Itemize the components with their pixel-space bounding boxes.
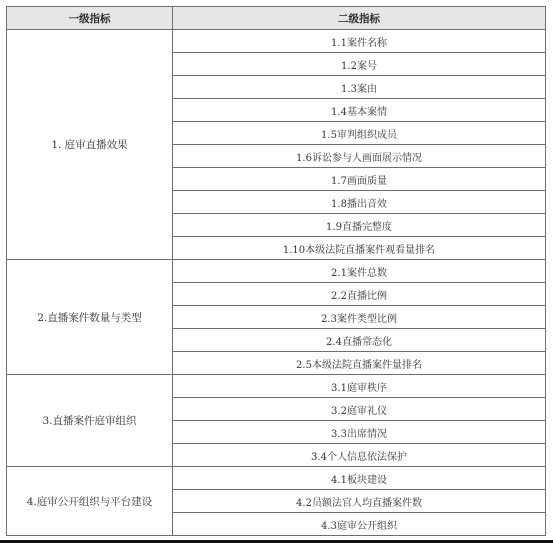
header-level-1: 一级指标: [7, 7, 173, 30]
item-cell: 1.1案件名称: [173, 30, 546, 53]
item-cell: 4.1板块建设: [173, 467, 546, 490]
item-cell: 3.3出席情况: [173, 421, 546, 444]
group-3-label: 3.直播案件庭审组织: [7, 375, 173, 467]
item-cell: 2.2直播比例: [173, 283, 546, 306]
item-cell: 1.3案由: [173, 76, 546, 99]
bottom-divider: [0, 540, 553, 543]
item-cell: 4.2员额法官人均直播案件数: [173, 490, 546, 513]
item-cell: 1.2案号: [173, 53, 546, 76]
table-row: 3.直播案件庭审组织 3.1庭审秩序: [7, 375, 546, 398]
group-1-label: 1. 庭审直播效果: [7, 30, 173, 260]
item-cell: 2.1案件总数: [173, 260, 546, 283]
item-cell: 4.3庭审公开组织: [173, 513, 546, 536]
header-level-2: 二级指标: [173, 7, 546, 30]
item-cell: 1.6诉讼参与人画面展示情况: [173, 145, 546, 168]
item-cell: 1.8播出音效: [173, 191, 546, 214]
table-header-row: 一级指标 二级指标: [7, 7, 546, 30]
item-cell: 2.3案件类型比例: [173, 306, 546, 329]
table-row: 2.直播案件数量与类型 2.1案件总数: [7, 260, 546, 283]
group-4-label: 4.庭审公开组织与平台建设: [7, 467, 173, 536]
item-cell: 3.2庭审礼仪: [173, 398, 546, 421]
table-row: 1. 庭审直播效果 1.1案件名称: [7, 30, 546, 53]
item-cell: 1.10本级法院直播案件观看量排名: [173, 237, 546, 260]
item-cell: 1.4基本案情: [173, 99, 546, 122]
item-cell: 1.9直播完整度: [173, 214, 546, 237]
item-cell: 3.1庭审秩序: [173, 375, 546, 398]
item-cell: 3.4个人信息依法保护: [173, 444, 546, 467]
item-cell: 1.5审判组织成员: [173, 122, 546, 145]
indicator-table-container: 一级指标 二级指标 1. 庭审直播效果 1.1案件名称 1.2案号 1.3案由 …: [6, 6, 545, 536]
table-row: 4.庭审公开组织与平台建设 4.1板块建设: [7, 467, 546, 490]
item-cell: 2.5本级法院直播案件量排名: [173, 352, 546, 375]
group-2-label: 2.直播案件数量与类型: [7, 260, 173, 375]
item-cell: 1.7画面质量: [173, 168, 546, 191]
indicator-table: 一级指标 二级指标 1. 庭审直播效果 1.1案件名称 1.2案号 1.3案由 …: [6, 6, 546, 536]
item-cell: 2.4直播常态化: [173, 329, 546, 352]
